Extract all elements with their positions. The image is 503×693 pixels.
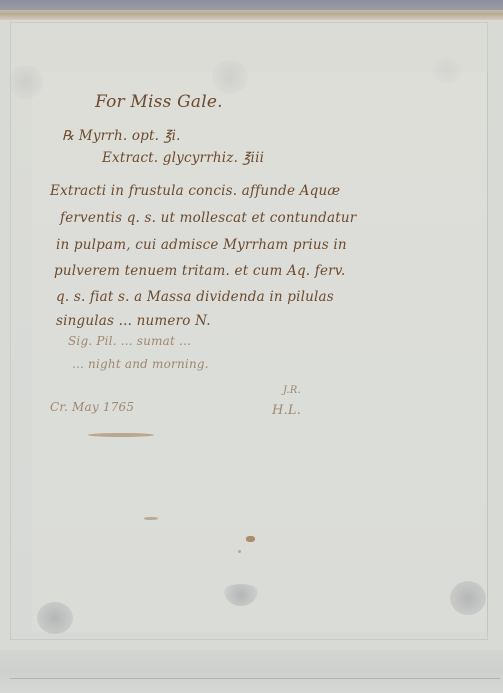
ink-flourish xyxy=(88,433,154,437)
signature: H.L. xyxy=(272,403,301,418)
ink-spot xyxy=(238,550,241,553)
prescription-line: Extract. glycyrrhiz. ℥iii xyxy=(102,150,264,166)
ink-spot xyxy=(246,536,255,542)
hinge-tab-bottom-left xyxy=(37,602,73,634)
body-line: Extracti in frustula concis. affunde Aqu… xyxy=(50,183,340,199)
directions-line: ... night and morning. xyxy=(72,357,209,371)
hinge-tab-top-right xyxy=(433,58,461,84)
hinge-tab-bottom-right xyxy=(450,581,486,615)
paper-edge-line xyxy=(10,678,500,679)
body-line: ferventis q. s. ut mollescat et contunda… xyxy=(60,210,356,226)
signature-mark: J.R. xyxy=(283,385,301,396)
date: Cr. May 1765 xyxy=(50,400,134,414)
hinge-tab-top-center xyxy=(212,60,248,94)
heading-recipient: For Miss Gale. xyxy=(95,92,223,112)
hinge-tab-top-left xyxy=(9,65,43,99)
body-line: singulas ... numero N. xyxy=(56,313,211,329)
body-line: in pulpam, cui admisce Myrrham prius in xyxy=(56,237,347,253)
page-top-edge xyxy=(0,10,503,20)
manuscript-sheet xyxy=(10,22,488,640)
body-line: pulverem tenuem tritam. et cum Aq. ferv. xyxy=(54,263,346,279)
bottom-mount-strip xyxy=(0,650,503,693)
directions-line: Sig. Pil. ... sumat ... xyxy=(68,334,191,348)
prescription-line: ℞ Myrrh. opt. ℥i. xyxy=(62,128,181,144)
body-line: q. s. fiat s. a Massa dividenda in pilul… xyxy=(56,289,334,305)
ink-spot xyxy=(144,517,158,520)
